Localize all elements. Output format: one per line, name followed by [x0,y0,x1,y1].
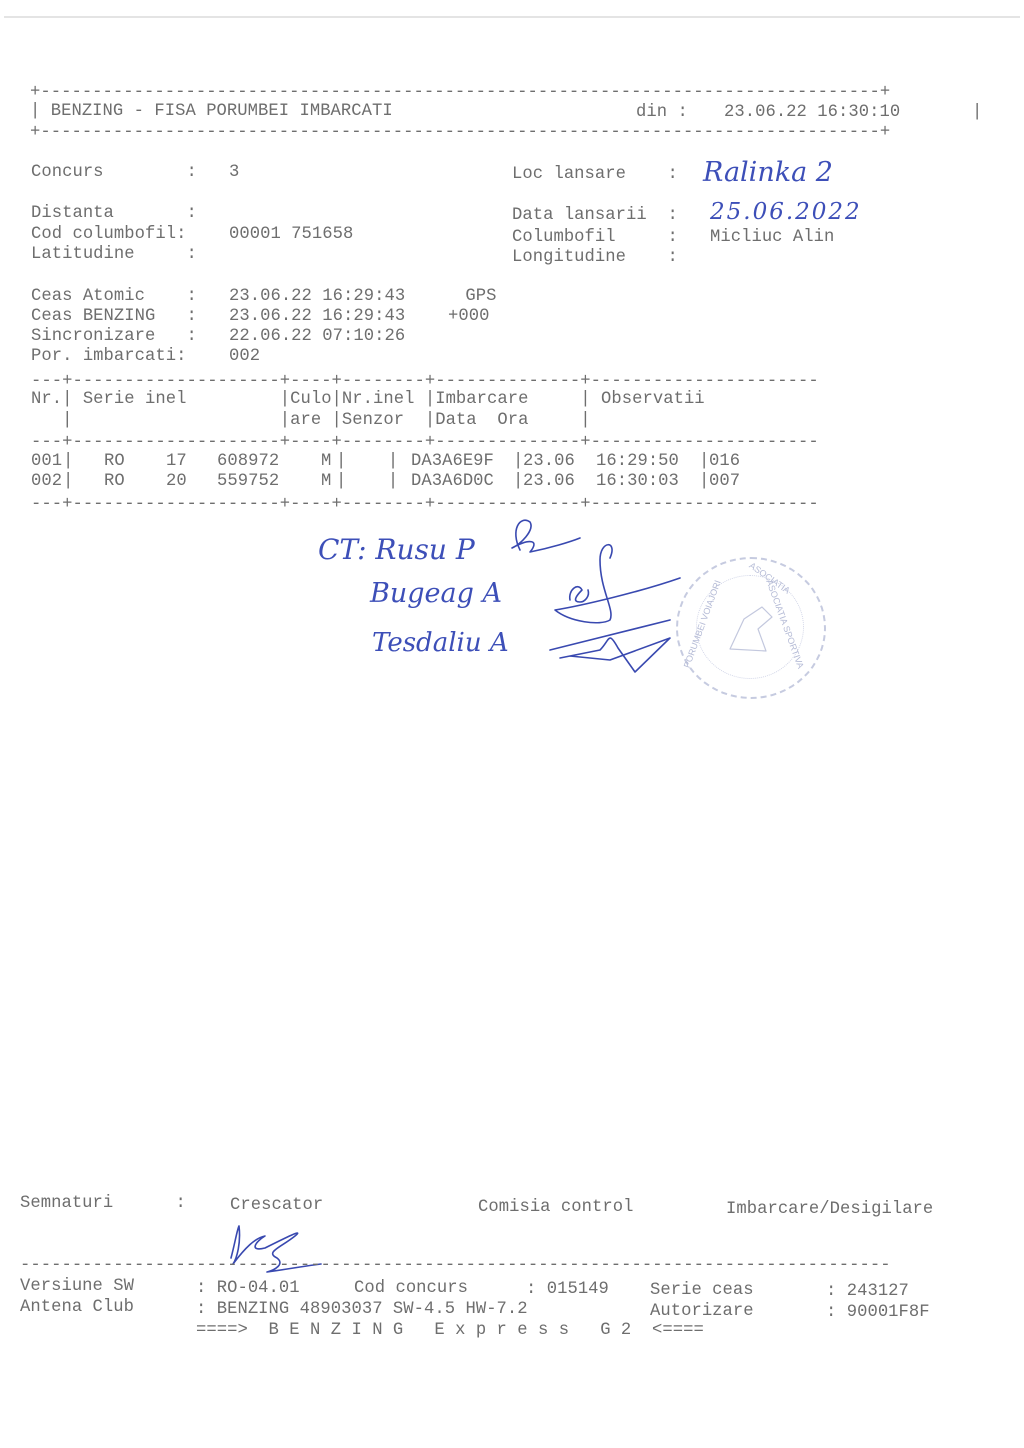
ceas-atomic-label: Ceas Atomic : [31,287,197,308]
cell-senzor: DA3A6E9F [411,452,494,473]
cell-divider: | | [336,472,398,493]
cod-concurs-value: : 015149 [526,1280,609,1301]
cell-tara: RO [104,472,125,493]
cell-obs: 016 [709,452,740,473]
cell-divider: | [513,452,523,473]
cell-serie: 559752 [217,472,279,493]
loc-lansare-handwritten: Ralinka 2 [703,157,833,188]
sincronizare-value: 22.06.22 07:10:26 [229,327,405,348]
autorizare-value: : 90001F8F [826,1303,930,1324]
cell-sex: M [321,452,331,473]
semnaturi-label: Semnaturi : [20,1194,186,1215]
cell-obs: 007 [709,472,740,493]
ceas-benzing-value: 23.06.22 16:29:43 [229,307,405,328]
cell-divider: | [63,452,73,473]
cell-divider: | [63,472,73,493]
porumbei-imbarcati-value: 002 [229,347,260,368]
data-lansarii-label: Data lansarii : [512,206,678,227]
commission-signatures-icon [500,510,700,690]
columbofil-value: Micliuc Alin [710,228,834,249]
benzing-express-banner: ====> B E N Z I N G E x p r e s s G 2 <=… [196,1321,704,1342]
cell-senzor: DA3A6D0C [411,472,494,493]
data-lansarii-handwritten: 25.06.2022 [710,199,862,225]
cell-divider: | [699,472,709,493]
ceas-benzing-label: Ceas BENZING : [31,307,197,328]
ceas-benzing-offset: +000 [448,307,489,328]
distanta-label: Distanta : [31,204,197,225]
cell-nr: 001 [31,452,62,473]
commission-member-1: CT: Rusu P [318,533,475,566]
comisia-control-label: Comisia control [478,1198,633,1219]
versiune-sw-value: : RO-04.01 [196,1279,300,1300]
latitudine-label: Latitudine : [31,245,197,266]
pigeon-emblem-icon [722,599,782,659]
porumbei-imbarcati-label: Por. imbarcati: [31,347,186,368]
header-border-bottom: +---------------------------------------… [30,123,890,144]
table-header-row-1: Nr.| Serie inel |Culo|Nr.inel |Imbarcare… [31,390,705,411]
issue-date-value: 23.06.22 16:30:10 [724,103,900,124]
serie-ceas-value: : 243127 [826,1282,909,1303]
concurs-value: 3 [229,163,239,184]
versiune-sw-label: Versiune SW [20,1277,134,1298]
loc-lansare-label: Loc lansare : [512,165,678,186]
cell-data: 23.06 [523,452,575,473]
longitudine-label: Longitudine : [512,248,678,269]
columbofil-label: Columbofil : [512,228,678,249]
antena-club-label: Antena Club [20,1298,134,1319]
cell-an: 17 [166,452,187,473]
crescator-label: Crescator [230,1196,323,1217]
cell-sex: M [321,472,331,493]
ceas-atomic-value: 23.06.22 16:29:43 [229,287,405,308]
cell-serie: 608972 [217,452,279,473]
commission-member-2: Bugeag A [370,578,502,609]
document-title: | BENZING - FISA PORUMBEI IMBARCATI [30,102,393,123]
cell-divider: | [699,452,709,473]
header-border-top: +---------------------------------------… [30,83,890,104]
table-rule-mid: ---+--------------------+----+--------+-… [31,433,819,454]
table-rule-bottom: ---+--------------------+----+--------+-… [31,495,819,516]
imbarcare-desigilare-label: Imbarcare/Desigilare [726,1200,933,1221]
table-header-row-2: | |are |Senzor |Data Ora | [31,411,591,432]
header-right-bar: | [972,103,982,124]
issue-date-label: din : [636,103,688,124]
scan-edge [4,16,1020,18]
cell-divider: | [513,472,523,493]
ceas-atomic-source: GPS [455,287,496,308]
cell-ora: 16:30:03 [596,472,679,493]
signatures-rule: ----------------------------------------… [20,1256,891,1277]
antena-club-value: : BENZING 48903037 SW-4.5 HW-7.2 [196,1300,528,1321]
sincronizare-label: Sincronizare : [31,327,197,348]
commission-member-3: Tesdaliu A [372,628,509,658]
serie-ceas-label: Serie ceas [650,1281,754,1302]
cod-columbofil-value: 00001 751658 [229,225,353,246]
cod-concurs-label: Cod concurs [354,1279,468,1300]
cell-ora: 16:29:50 [596,452,679,473]
cell-divider: | | [336,452,398,473]
cell-an: 20 [166,472,187,493]
concurs-label: Concurs : [31,163,197,184]
cell-tara: RO [104,452,125,473]
autorizare-label: Autorizare [650,1302,754,1323]
cod-columbofil-label: Cod columbofil: [31,225,186,246]
cell-nr: 002 [31,472,62,493]
cell-data: 23.06 [523,472,575,493]
